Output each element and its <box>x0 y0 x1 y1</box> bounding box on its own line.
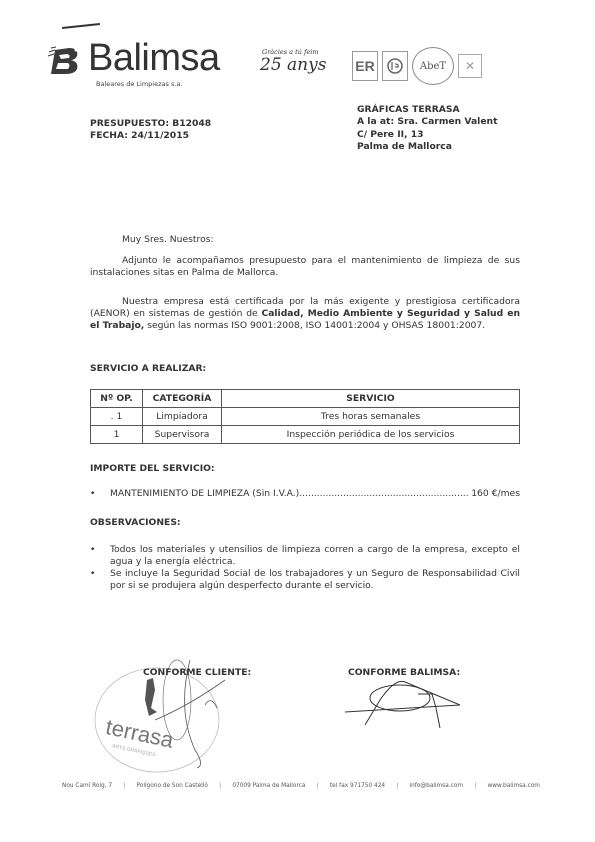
balimsa-signature-label: CONFORME BALIMSA: <box>348 667 460 678</box>
cell-service: Tres horas semanales <box>222 408 520 426</box>
import-item-label: MANTENIMIENTO DE LIMPIEZA (Sin I.V.A.) <box>110 488 299 499</box>
column-header-category: CATEGORÍA <box>143 390 222 408</box>
bullet-icon: • <box>90 488 110 500</box>
reference-block: PRESUPUESTO: B12048 FECHA: 24/11/2015 <box>90 118 211 142</box>
observation-text: Todos los materiales y utensilios de lim… <box>110 544 520 568</box>
service-section-title: SERVICIO A REALIZAR: <box>90 363 206 374</box>
balimsa-logo-icon <box>47 44 83 76</box>
certification-seal-icon: ✕ <box>458 54 482 78</box>
client-signature-label: CONFORME CLIENTE: <box>143 667 251 678</box>
footer-web[interactable]: www.balimsa.com <box>488 783 540 789</box>
pen-mark <box>62 23 100 29</box>
import-price: 160 €/mes <box>471 488 520 500</box>
footer-email[interactable]: info@balimsa.com <box>410 783 464 789</box>
abet-icon: AbeT <box>412 47 454 85</box>
brand-subtitle: Baleares de Limpiezas s.a. <box>96 80 182 88</box>
recipient-street: C/ Pere II, 13 <box>357 129 498 141</box>
aenor-gestion-ambiental-icon <box>382 51 408 81</box>
aenor-er-icon: ER <box>352 51 378 81</box>
intro-paragraph: Adjunto le acompañamos presupuesto para … <box>90 255 520 279</box>
recipient-block: GRÁFICAS TERRASA A la at: Sra. Carmen Va… <box>357 104 498 153</box>
footer-address: Nou Camí Roig, 7 <box>62 783 112 789</box>
intro-text: Adjunto le acompañamos presupuesto para … <box>90 255 520 278</box>
observation-item: • Todos los materiales y utensilios de l… <box>90 544 520 568</box>
cell-category: Limpiadora <box>143 408 222 426</box>
bullet-icon: • <box>90 568 110 592</box>
certification-paragraph: Nuestra empresa está certificada por la … <box>90 296 520 331</box>
table-row: . 1 Limpiadora Tres horas semanales <box>91 408 520 426</box>
recipient-company: GRÁFICAS TERRASA <box>357 104 498 116</box>
table-header-row: Nº OP. CATEGORÍA SERVICIO <box>91 390 520 408</box>
leader-dots: ........................................… <box>299 488 469 499</box>
budget-date: FECHA: 24/11/2015 <box>90 130 211 142</box>
column-header-num: Nº OP. <box>91 390 143 408</box>
footer-separator: | <box>123 783 125 789</box>
cell-service: Inspección periódica de los servicios <box>222 426 520 444</box>
recipient-city: Palma de Mallorca <box>357 141 498 153</box>
bullet-icon: • <box>90 544 110 568</box>
import-section-title: IMPORTE DEL SERVICIO: <box>90 463 215 474</box>
certification-logos: ER AbeT ✕ <box>352 47 482 85</box>
recipient-attention: A la at: Sra. Carmen Valent <box>357 116 498 128</box>
service-table: Nº OP. CATEGORÍA SERVICIO . 1 Limpiadora… <box>90 389 520 444</box>
certification-norms: según las normas ISO 9001:2008, ISO 1400… <box>144 320 485 331</box>
greeting: Muy Sres. Nuestros: <box>122 234 214 246</box>
cell-category: Supervisora <box>143 426 222 444</box>
observation-text: Se incluye la Seguridad Social de los tr… <box>110 568 520 592</box>
table-row: 1 Supervisora Inspección periódica de lo… <box>91 426 520 444</box>
footer-postal: 07009 Palma de Mallorca <box>232 783 305 789</box>
observation-item: • Se incluye la Seguridad Social de los … <box>90 568 520 592</box>
cell-num: 1 <box>91 426 143 444</box>
observations-title: OBSERVACIONES: <box>90 517 181 528</box>
footer-phone: tel fax 971750 424 <box>330 783 385 789</box>
footer-separator: | <box>474 783 476 789</box>
footer-separator: | <box>317 783 319 789</box>
footer: Nou Camí Roig, 7 | Polígono de Son Caste… <box>62 783 540 789</box>
column-header-service: SERVICIO <box>222 390 520 408</box>
cell-num: . 1 <box>91 408 143 426</box>
footer-polygon: Polígono de Son Castelló <box>137 783 208 789</box>
balimsa-signature-icon <box>340 680 470 735</box>
footer-separator: | <box>219 783 221 789</box>
brand-name: Balimsa <box>88 36 220 80</box>
import-line: • MANTENIMIENTO DE LIMPIEZA (Sin I.V.A.)… <box>90 488 520 500</box>
footer-separator: | <box>396 783 398 789</box>
anniversary-years: 25 anys <box>260 55 326 75</box>
budget-number: PRESUPUESTO: B12048 <box>90 118 211 130</box>
